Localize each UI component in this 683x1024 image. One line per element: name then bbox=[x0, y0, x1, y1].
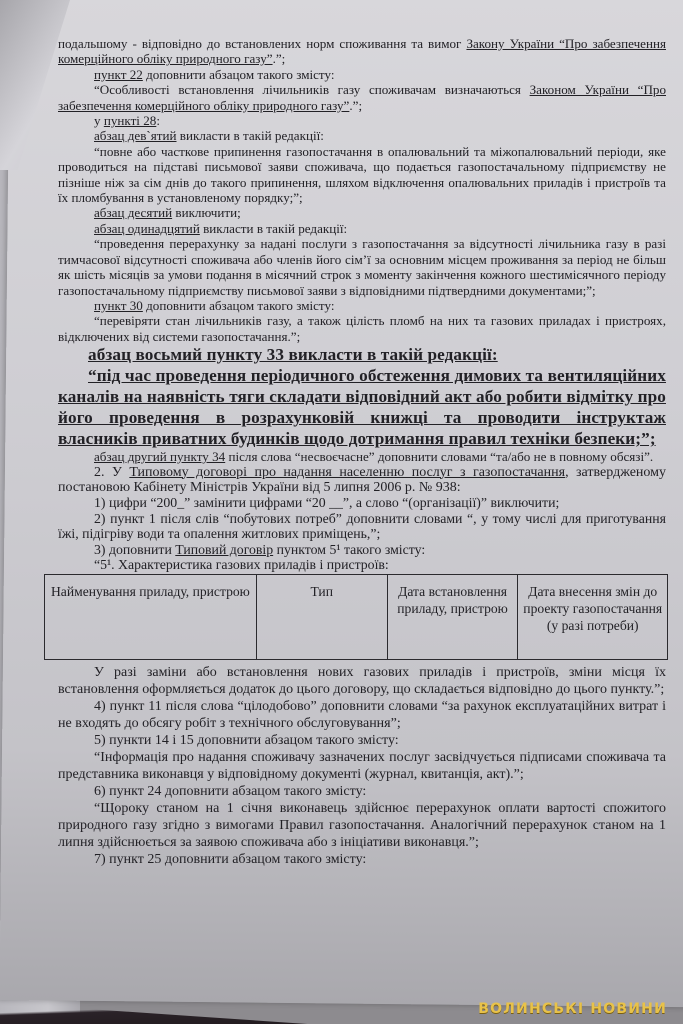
clause-reference: абзац дев`ятий bbox=[94, 128, 177, 143]
paragraph: “Інформація про надання споживачу зазнач… bbox=[58, 749, 666, 783]
paragraph: 6) пункт 24 доповнити абзацом такого змі… bbox=[58, 783, 666, 800]
paragraph: “Особливості встановлення лічильників га… bbox=[58, 82, 666, 113]
paragraph: 7) пункт 25 доповнити абзацом такого змі… bbox=[58, 851, 666, 868]
paragraph: абзац другий пункту 34 після слова “несв… bbox=[58, 449, 666, 464]
clause-reference: абзац одинадцятий bbox=[94, 221, 200, 236]
table-header-row: Найменування приладу, пристрою Тип Дата … bbox=[45, 575, 668, 660]
paragraph: у пункті 28: bbox=[58, 113, 666, 128]
clause-reference: абзац другий пункту 34 bbox=[94, 449, 225, 464]
paragraph: 4) пункт 11 після слова “цілодобово” доп… bbox=[58, 698, 666, 732]
paragraph: 2. У Типовому договорі про надання насел… bbox=[58, 465, 666, 496]
contract-reference: Типовий договір bbox=[175, 542, 273, 557]
clause-reference: пункт 30 bbox=[94, 298, 143, 313]
amendment-quote: “під час проведення періодичного обстеже… bbox=[58, 365, 666, 449]
watermark-logo: ВОЛИНСЬКІ НОВИНИ bbox=[478, 1001, 667, 1017]
clause-reference: абзац десятий bbox=[94, 205, 172, 220]
clause-reference: пункті 28 bbox=[104, 113, 156, 128]
table-header-cell: Тип bbox=[256, 575, 387, 660]
paragraph: “проведення перерахунку за надані послуг… bbox=[58, 236, 666, 298]
paragraph: 3) доповнити Типовий договір пунктом 5¹ … bbox=[58, 542, 666, 557]
paragraph: пункт 22 доповнити абзацом такого змісту… bbox=[58, 67, 666, 82]
table-header-cell: Дата внесення змін до проекту газопостач… bbox=[518, 575, 668, 660]
paragraph: абзац одинадцятий викласти в такій редак… bbox=[58, 221, 666, 236]
table-header-cell: Дата встановлення приладу, пристрою bbox=[387, 575, 518, 660]
paragraph: 1) цифри “200_” замінити цифрами “20 __”… bbox=[58, 495, 666, 510]
clause-reference: пункт 22 bbox=[94, 67, 143, 82]
paragraph: “Щороку станом на 1 січня виконавець зді… bbox=[58, 800, 666, 851]
table-header-cell: Найменування приладу, пристрою bbox=[45, 575, 257, 660]
paragraph: “перевіряти стан лічильників газу, а так… bbox=[58, 313, 666, 344]
paragraph: пункт 30 доповнити абзацом такого змісту… bbox=[58, 298, 666, 313]
contract-reference: Типовому договорі про надання населенню … bbox=[129, 465, 565, 480]
paragraph: подальшому - відповідно до встановлених … bbox=[58, 36, 666, 67]
amendment-heading: абзац восьмий пункту 33 викласти в такій… bbox=[58, 344, 666, 365]
devices-table: Найменування приладу, пристрою Тип Дата … bbox=[44, 574, 668, 660]
paragraph: “5¹. Характеристика газових приладів і п… bbox=[58, 557, 666, 572]
highlighted-amendment: абзац восьмий пункту 33 викласти в такій… bbox=[58, 344, 666, 449]
paragraph: 5) пункти 14 і 15 доповнити абзацом тако… bbox=[58, 732, 666, 749]
paragraph: У разі заміни або встановлення нових газ… bbox=[58, 664, 666, 698]
paragraph: абзац десятий виключити; bbox=[58, 205, 666, 220]
paragraph: 2) пункт 1 після слів “побутових потреб”… bbox=[58, 511, 666, 542]
paragraph: абзац дев`ятий викласти в такій редакції… bbox=[58, 128, 666, 143]
document-body: подальшому - відповідно до встановлених … bbox=[58, 36, 666, 868]
paragraph: “повне або часткове припинення газопоста… bbox=[58, 144, 666, 206]
